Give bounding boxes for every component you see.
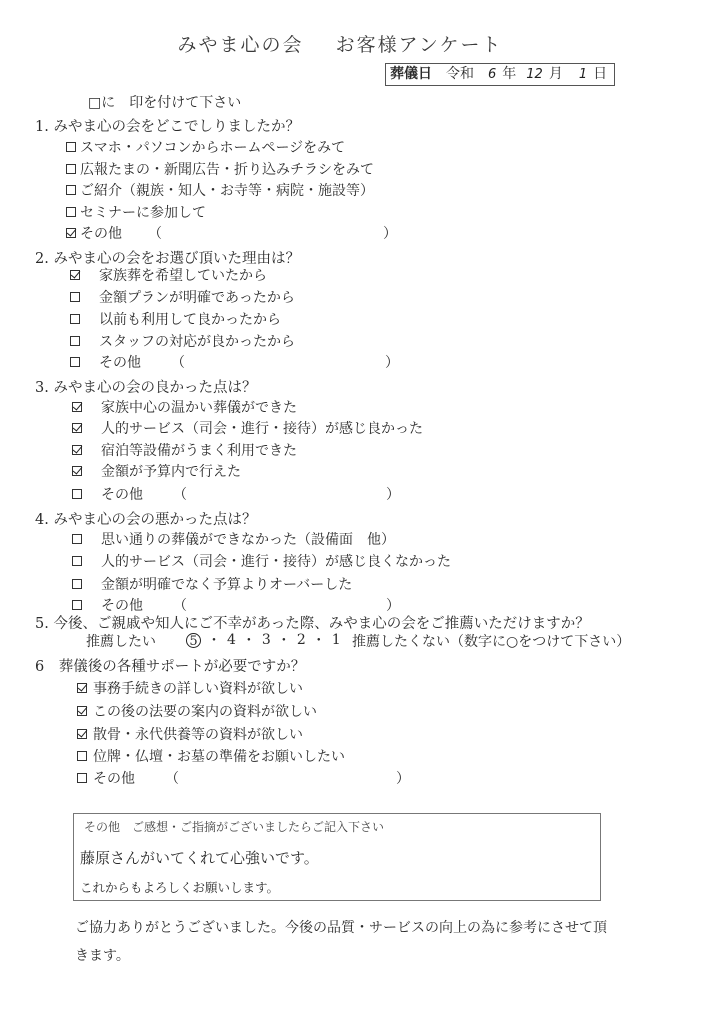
checkbox[interactable] — [70, 314, 80, 324]
checkbox[interactable] — [72, 600, 82, 610]
option-label: 宿泊等設備がうまく利用できた — [101, 440, 297, 460]
recommend-scale-right-label: 推薦したくない（数字に○をつけて下さい） — [352, 631, 630, 651]
option-label: この後の法要の案内の資料が欲しい — [93, 701, 317, 721]
checkbox-checked[interactable] — [72, 466, 82, 476]
option-label: 金額が明確でなく予算よりオーバーした — [101, 574, 352, 594]
checkbox[interactable] — [70, 357, 80, 367]
year-unit: 年 — [502, 64, 516, 85]
rating-option-5-selected[interactable]: 5 — [186, 633, 201, 648]
option-label: ご紹介（親族・知人・お寺等・病院・施設等） — [80, 180, 374, 200]
paren-close: ） — [396, 768, 410, 788]
q4-heading: 4. みやま心の会の悪かった点は？ — [35, 508, 256, 529]
q3-option-2[interactable]: 人的サービス（司会・進行・接待）が感じ良かった — [72, 418, 423, 438]
rating-option-1[interactable]: 1 — [332, 632, 341, 648]
checkbox[interactable] — [72, 556, 82, 566]
checkbox-checked[interactable] — [70, 270, 80, 280]
recommend-scale-left-label: 推薦したい — [86, 631, 156, 651]
era-label: 令和 — [446, 64, 474, 85]
paren-close: ） — [385, 352, 399, 372]
survey-title: みやま心の会 お客様アンケート — [0, 30, 680, 57]
q4-option-3[interactable]: 金額が明確でなく予算よりオーバーした — [72, 574, 352, 594]
option-label: その他 — [93, 768, 135, 788]
option-label: その他 — [80, 223, 122, 243]
option-label: 家族葬を希望していたから — [99, 265, 267, 285]
paren-open: （ — [173, 484, 187, 504]
recommend-rating-scale: 5 ・ 4 ・ 3 ・ 2 ・ 1 — [186, 630, 341, 650]
option-label: 以前も利用して良かったから — [99, 309, 281, 329]
option-label: 家族中心の温かい葬儀ができた — [101, 397, 297, 417]
paren-open: （ — [148, 223, 162, 243]
q2-option-4[interactable]: スタッフの対応が良かったから — [70, 331, 295, 351]
option-label: その他 — [101, 484, 143, 504]
q2-option-other[interactable]: その他 （ — [70, 352, 185, 372]
paren-open: （ — [171, 352, 185, 372]
q6-heading: 6 葬儀後の各種サポートが必要ですか？ — [35, 655, 305, 676]
day-unit: 日 — [593, 64, 607, 85]
checkbox[interactable] — [72, 579, 82, 589]
q6-option-3[interactable]: 散骨・永代供養等の資料が欲しい — [77, 724, 303, 744]
q6-option-1[interactable]: 事務手続きの詳しい資料が欲しい — [77, 678, 303, 698]
option-label: スマホ・パソコンからホームページをみて — [80, 137, 345, 157]
checkbox-checked[interactable] — [72, 423, 82, 433]
option-label: セミナーに参加して — [80, 202, 206, 222]
checkbox-checked[interactable] — [77, 729, 87, 739]
q1-option-1[interactable]: スマホ・パソコンからホームページをみて — [66, 137, 345, 157]
paren-close: ） — [383, 223, 397, 243]
title-organization: みやま心の会 — [178, 34, 304, 56]
checkbox[interactable] — [66, 207, 76, 217]
checkbox[interactable] — [72, 489, 82, 499]
paren-close: ） — [386, 484, 400, 504]
paren-open: （ — [165, 768, 179, 788]
q3-option-other[interactable]: その他 （ — [72, 484, 187, 504]
separator: ・ — [207, 630, 221, 650]
checkbox[interactable] — [70, 336, 80, 346]
month-value[interactable]: 12 — [526, 64, 543, 85]
q3-option-1[interactable]: 家族中心の温かい葬儀ができた — [72, 397, 297, 417]
checkbox-checked[interactable] — [77, 706, 87, 716]
footer-thanks-line-2: きます。 — [75, 945, 130, 965]
option-label: 人的サービス（司会・進行・接待）が感じ良かった — [101, 418, 423, 438]
q1-heading: 1. みやま心の会をどこでしりましたか？ — [35, 115, 300, 136]
separator: ・ — [312, 630, 326, 650]
funeral-date-label: 葬儀日 — [390, 64, 432, 85]
separator: ・ — [277, 630, 291, 650]
option-label: その他 — [99, 352, 141, 372]
option-label: 位牌・仏壇・お墓の準備をお願いしたい — [93, 746, 345, 766]
checkbox[interactable] — [66, 185, 76, 195]
q4-option-2[interactable]: 人的サービス（司会・進行・接待）が感じ良くなかった — [72, 551, 451, 571]
option-label: 人的サービス（司会・進行・接待）が感じ良くなかった — [101, 551, 451, 571]
comment-line-1: 藤原さんがいてくれて心強いです。 — [80, 847, 319, 868]
checkbox[interactable] — [66, 142, 76, 152]
footer-thanks-line-1: ご協力ありがとうございました。今後の品質・サービスの向上の為に参考にさせて頂 — [75, 917, 607, 937]
option-label: スタッフの対応が良かったから — [99, 331, 295, 351]
rating-option-3[interactable]: 3 — [262, 632, 271, 648]
option-label: 広報たまの・新聞広告・折り込みチラシをみて — [80, 159, 374, 179]
q3-option-4[interactable]: 金額が予算内で行えた — [72, 461, 241, 481]
year-value[interactable]: 6 — [488, 64, 496, 85]
checkbox-checked[interactable] — [77, 683, 87, 693]
checkbox[interactable] — [77, 773, 87, 783]
option-label: 事務手続きの詳しい資料が欲しい — [93, 678, 303, 698]
q1-option-4[interactable]: セミナーに参加して — [66, 202, 206, 222]
checkbox-checked[interactable] — [72, 402, 82, 412]
q6-option-4[interactable]: 位牌・仏壇・お墓の準備をお願いしたい — [77, 746, 345, 766]
option-label: 思い通りの葬儀ができなかった（設備面 他） — [101, 529, 395, 549]
instruction-text: □に 印を付けて下さい — [88, 92, 241, 112]
q1-option-other[interactable]: その他 （ — [66, 223, 162, 243]
q1-option-2[interactable]: 広報たまの・新聞広告・折り込みチラシをみて — [66, 159, 374, 179]
q2-option-1[interactable]: 家族葬を希望していたから — [70, 265, 267, 285]
comments-label: その他 ご感想・ご指摘がございましたらご記入下さい — [84, 818, 384, 835]
option-label: 金額プランが明確であったから — [99, 287, 295, 307]
q3-heading: 3. みやま心の会の良かった点は？ — [35, 376, 256, 397]
q2-option-2[interactable]: 金額プランが明確であったから — [70, 287, 295, 307]
checkbox[interactable] — [72, 534, 82, 544]
checkbox-checked[interactable] — [72, 445, 82, 455]
q4-option-1[interactable]: 思い通りの葬儀ができなかった（設備面 他） — [72, 529, 395, 549]
checkbox[interactable] — [70, 292, 80, 302]
checkbox[interactable] — [66, 164, 76, 174]
q6-option-2[interactable]: この後の法要の案内の資料が欲しい — [77, 701, 317, 721]
q3-option-3[interactable]: 宿泊等設備がうまく利用できた — [72, 440, 297, 460]
title-survey: お客様アンケート — [336, 34, 503, 56]
option-label: 金額が予算内で行えた — [101, 461, 241, 481]
q1-option-3[interactable]: ご紹介（親族・知人・お寺等・病院・施設等） — [66, 180, 374, 200]
option-label: 散骨・永代供養等の資料が欲しい — [93, 724, 303, 744]
q2-option-3[interactable]: 以前も利用して良かったから — [70, 309, 281, 329]
checkbox-checked[interactable] — [66, 228, 76, 238]
funeral-date-box: 葬儀日 令和 6 年 12 月 1 日 — [385, 63, 615, 86]
day-value[interactable]: 1 — [579, 64, 587, 85]
separator: ・ — [242, 630, 256, 650]
q6-option-other[interactable]: その他 （ — [77, 768, 179, 788]
month-unit: 月 — [549, 64, 563, 85]
comment-line-2: これからもよろしくお願いします。 — [80, 878, 279, 896]
rating-option-4[interactable]: 4 — [227, 632, 236, 648]
checkbox[interactable] — [77, 751, 87, 761]
rating-option-2[interactable]: 2 — [297, 632, 306, 648]
